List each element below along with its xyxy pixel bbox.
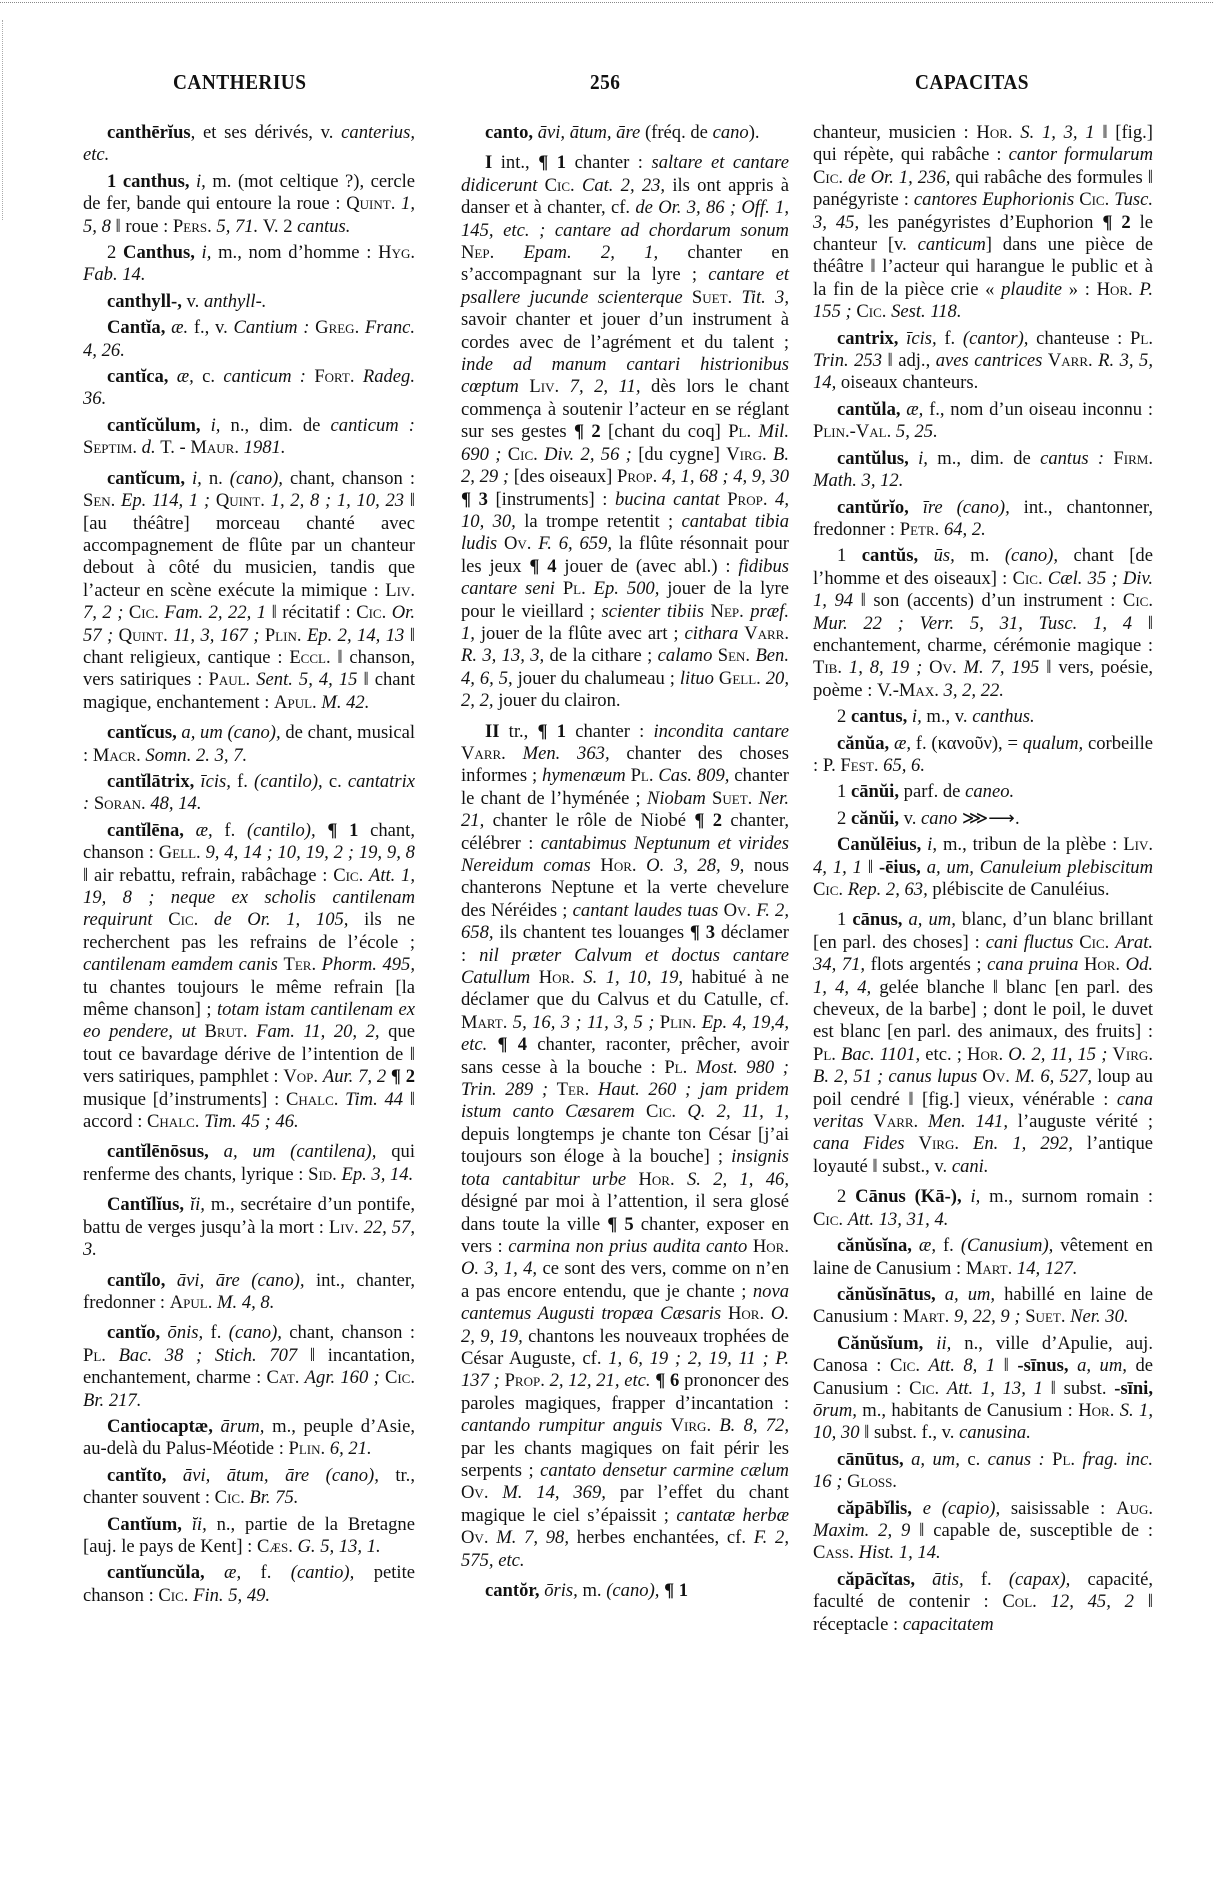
italic-text: canus : xyxy=(988,1449,1052,1470)
author-citation: Ov. xyxy=(982,1066,1015,1087)
author-citation: Pl. xyxy=(83,1345,119,1366)
text: 2 xyxy=(837,1186,855,1207)
dictionary-entry: cănŭsĭna, æ, f. (Canusium), vêtement en … xyxy=(813,1235,1153,1280)
author-citation: Hyg. xyxy=(378,242,415,263)
dictionary-entry: cantĭto, āvi, ātum, āre (cano), tr., cha… xyxy=(83,1465,415,1510)
italic-text: cithara xyxy=(685,623,745,644)
italic-text: M. 42. xyxy=(321,692,369,713)
italic-text: 11, 3, 167 ; xyxy=(173,625,265,646)
text: ‖ roue : xyxy=(116,216,173,237)
author-citation: Cic. xyxy=(856,301,891,322)
text: chanter le rôle de Niobé xyxy=(493,810,695,831)
italic-text: Fam. 11, 20, 2, xyxy=(256,1021,388,1042)
dictionary-entry: cantĭcŭlum, i, n., dim. de canticum : Se… xyxy=(83,415,415,460)
italic-text: capacitatem xyxy=(903,1614,994,1635)
text: m., tribun de la plèbe : xyxy=(943,834,1123,855)
italic-text: de Or. 1, 236, xyxy=(848,167,955,188)
italic-text: M. 14, 369, xyxy=(502,1482,619,1503)
dictionary-entry: 1 canthus, i, m. (mot celtique ?), cercl… xyxy=(83,171,415,238)
italic-text: 12, 45, 2 xyxy=(1051,1591,1148,1612)
dictionary-entry: 2 Cānus (Kā-), i, m., surnom romain : Ci… xyxy=(813,1186,1153,1231)
text: f. xyxy=(943,1235,961,1256)
text: ‖ subst. xyxy=(1051,1378,1115,1399)
italic-text: a, um, xyxy=(909,909,962,930)
dictionary-entry: 2 cănŭi, v. cano ⋙⟶. xyxy=(813,808,1153,830)
author-citation: Cic. xyxy=(168,909,214,930)
text: ‖ air rebattu, refrain, rabâchage : xyxy=(83,865,333,886)
column-left: canthērĭus, et ses dérivés, v. canterius… xyxy=(83,122,415,1611)
author-citation: Pl. xyxy=(563,578,594,599)
italic-text: 4, 1, 1 xyxy=(813,857,868,878)
section-marker: ¶ 5 xyxy=(607,1214,641,1235)
text: ). xyxy=(749,122,760,143)
section-marker: ¶ 6 xyxy=(655,1370,684,1391)
dictionary-entry: cănŭsĭnātus, a, um, habillé en laine de … xyxy=(813,1284,1153,1329)
text: V. 2 xyxy=(263,216,297,237)
text: jouer de la flûte avec art ; xyxy=(481,623,685,644)
headword: cantĭcus, xyxy=(107,722,181,743)
dictionary-entry: cantŭlus, i, m., dim. de cantus : Firm. … xyxy=(813,448,1153,493)
section-marker: II xyxy=(485,721,509,742)
text: f. (κανοῦν), = xyxy=(916,733,1023,754)
section-marker: ¶ 2 xyxy=(694,810,730,831)
italic-text: Cas. 809, xyxy=(658,765,734,786)
text: v. xyxy=(187,291,204,312)
italic-text: Cat. 2, 23, xyxy=(582,175,672,196)
section-marker: ¶ 4 xyxy=(529,556,564,577)
italic-text: canticum : xyxy=(331,415,415,436)
section-marker: ¶ 3 xyxy=(690,922,721,943)
dictionary-entry: cantĭo, ōnis, f. (cano), chant, chanson … xyxy=(83,1322,415,1412)
author-citation: Sid. xyxy=(308,1164,341,1185)
text: chanteuse : xyxy=(1036,328,1130,349)
text: ‖ xyxy=(1004,1355,1018,1376)
text: f., v. xyxy=(194,317,234,338)
text: ‖ adj., xyxy=(888,350,936,371)
text: tr., xyxy=(509,721,538,742)
italic-text: O. 2, 11, 15 ; xyxy=(1008,1044,1112,1065)
author-citation: Plin. xyxy=(660,1012,702,1033)
italic-text: Fam. 2, 22, 1 xyxy=(164,602,271,623)
dictionary-entry: căpābĭlis, e (capio), saisissable : Aug.… xyxy=(813,1498,1153,1565)
italic-text: Ep. 500, xyxy=(594,578,668,599)
author-citation: Cic. xyxy=(813,879,848,900)
section-marker: I xyxy=(485,152,501,173)
headword: 1 canthus, xyxy=(107,171,196,192)
italic-text: 5, 16, 3 ; 11, 3, 5 ; xyxy=(513,1012,660,1033)
text: f. xyxy=(224,820,247,841)
italic-text: G. 5, 13, 1. xyxy=(298,1536,381,1557)
headword: cănŭi, xyxy=(851,808,904,829)
headword: -sīni, xyxy=(1114,1378,1153,1399)
dictionary-entry: canthērĭus, et ses dérivés, v. canterius… xyxy=(83,122,415,167)
headword: cantĭlēnōsus, xyxy=(107,1141,224,1162)
italic-text: 3, 2, 22. xyxy=(944,680,1004,701)
author-citation: Ov. xyxy=(461,1527,496,1548)
author-citation: Quint. xyxy=(346,193,401,214)
italic-text: Q. 2, 11, 1, xyxy=(687,1101,789,1122)
italic-text: cantor formularum xyxy=(1009,144,1153,165)
text: etc. ; xyxy=(925,1044,967,1065)
author-citation: Liv. xyxy=(1123,834,1153,855)
author-citation: Fort. xyxy=(314,366,363,387)
headword: cantĭca, xyxy=(107,366,177,387)
text: ils chantent tes louanges xyxy=(499,922,690,943)
italic-text: cantores Euphorionis xyxy=(914,189,1079,210)
italic-text: plaudite xyxy=(1001,279,1062,300)
italic-text: Men. 363, xyxy=(523,743,627,764)
italic-text: (Canusium), xyxy=(961,1235,1060,1256)
italic-text: lituo xyxy=(680,668,719,689)
italic-text: (capax), xyxy=(1009,1569,1088,1590)
italic-text: Bac. 38 ; Stich. 707 xyxy=(119,1345,310,1366)
author-citation: Pl. xyxy=(1130,328,1153,349)
dictionary-entry: Cantĭum, ĭi, n., partie de la Bretagne [… xyxy=(83,1514,415,1559)
author-citation: Cic. xyxy=(813,1209,848,1230)
text: m., dim. de xyxy=(937,448,1040,469)
italic-text: æ, xyxy=(177,366,202,387)
italic-text: cantatæ herbæ xyxy=(676,1505,789,1526)
italic-text: Div. 2, 56 ; xyxy=(544,444,638,465)
italic-text: cana pruina xyxy=(987,954,1084,975)
author-citation: Virg. xyxy=(1113,1044,1153,1065)
headword: cānŭi, xyxy=(851,781,904,802)
dictionary-entry: Cantĭlĭus, ĭi, m., secrétaire d’un ponti… xyxy=(83,1194,415,1261)
italic-text: 1, 2, 8 ; 1, 10, 23 xyxy=(271,490,410,511)
italic-text: ātis, xyxy=(932,1569,981,1590)
text: f. xyxy=(237,771,254,792)
author-citation: Pl. xyxy=(664,1057,696,1078)
text: T. - xyxy=(160,437,190,458)
dictionary-entry: cantĭcus, a, um (cano), de chant, musica… xyxy=(83,722,415,767)
italic-text: En. 1, 292, xyxy=(973,1133,1087,1154)
author-citation: Sen. xyxy=(83,490,121,511)
author-citation: Virg. xyxy=(919,1133,974,1154)
italic-text: i, xyxy=(927,834,943,855)
text: ⋙⟶. xyxy=(962,808,1020,829)
italic-text: Somn. 2. 3, 7. xyxy=(145,745,247,766)
text: , et ses dérivés, v. xyxy=(191,122,341,143)
headword: cantĭcŭlum, xyxy=(107,415,211,436)
headword: cantŭla, xyxy=(837,399,906,420)
headword: cantĭlēna, xyxy=(107,820,196,841)
italic-text: 9, 22, 9 ; xyxy=(954,1306,1025,1327)
dictionary-entry: 1 cānŭi, parf. de caneo. xyxy=(813,781,1153,803)
italic-text: cantilenam eamdem canis xyxy=(83,954,283,975)
text: chanteur, musicien : xyxy=(813,122,976,143)
italic-text: Cantium : xyxy=(233,317,315,338)
author-citation: Virg. xyxy=(726,444,773,465)
author-citation: Cic. xyxy=(1079,189,1114,210)
italic-text: B. 8, 72, xyxy=(719,1415,789,1436)
author-citation: Soran. xyxy=(94,793,150,814)
italic-text: hymenæum xyxy=(542,765,631,786)
text: f. xyxy=(261,1562,291,1583)
author-citation: Mart. xyxy=(903,1306,954,1327)
italic-text: i, xyxy=(918,448,937,469)
author-citation: Pl. xyxy=(1052,1449,1082,1470)
text: f. xyxy=(981,1569,1009,1590)
italic-text: cantato densetur carmine cælum xyxy=(540,1460,789,1481)
author-citation: Nep. xyxy=(711,601,751,622)
text: herbes enchantées, cf. xyxy=(577,1527,754,1548)
italic-text: 1981. xyxy=(244,437,286,458)
italic-text: cano xyxy=(921,808,962,829)
italic-text: R. 3, 13, 3, xyxy=(461,645,550,666)
italic-text: Hist. 1, 14. xyxy=(859,1542,941,1563)
author-citation: Virg. xyxy=(671,1415,720,1436)
italic-text: Br. 217. xyxy=(83,1390,141,1411)
author-citation: Cic. xyxy=(1123,590,1153,611)
text: 1 xyxy=(837,909,852,930)
author-citation: Septim. xyxy=(83,437,142,458)
italic-text: d. xyxy=(142,437,161,458)
text: m., nom d’homme : xyxy=(218,242,378,263)
text: [des oiseaux] xyxy=(514,466,617,487)
text: 1 xyxy=(837,781,851,802)
author-citation: Nep. xyxy=(461,242,524,263)
section-marker: ¶ 3 xyxy=(461,489,495,510)
italic-text: scienter tibiis xyxy=(602,601,711,622)
italic-text: 65, 6. xyxy=(883,755,925,776)
author-citation: Hor. xyxy=(600,855,646,876)
author-citation: Cat. xyxy=(266,1367,304,1388)
italic-text: bucina cantat xyxy=(615,489,727,510)
author-citation: Cic. xyxy=(385,1367,415,1388)
scan-left-border xyxy=(2,20,4,220)
author-citation: Mart. xyxy=(966,1258,1017,1279)
author-citation: Cic. xyxy=(129,602,165,623)
author-citation: Gell. xyxy=(159,842,206,863)
author-citation: Cic. xyxy=(333,865,369,886)
dictionary-entry: I int., ¶ 1 chanter : saltare et cantare… xyxy=(461,152,789,712)
section-marker: ¶ 1 xyxy=(327,820,370,841)
italic-text: cantant laudes tuas xyxy=(573,900,724,921)
headword: -ēius, xyxy=(879,857,927,878)
italic-text: caneo. xyxy=(965,781,1014,802)
text: oiseaux chanteurs. xyxy=(841,372,978,393)
headword: cantĭlātrix, xyxy=(107,771,200,792)
italic-text: īcis, xyxy=(200,771,237,792)
italic-text: 64, 2. xyxy=(944,519,986,540)
italic-text: Sent. 5, 4, 15 xyxy=(256,669,363,690)
dictionary-entry: 1 cantŭs, ūs, m. (cano), chant [de l’hom… xyxy=(813,545,1153,702)
headword: cantĭlo, xyxy=(107,1270,177,1291)
italic-text: i, xyxy=(192,468,209,489)
text: jouer du chalumeau ; xyxy=(518,668,680,689)
italic-text: (cano), xyxy=(606,1580,664,1601)
headword: -sīnus, xyxy=(1017,1355,1077,1376)
author-citation: Greg. xyxy=(315,317,365,338)
author-citation: Cic. xyxy=(646,1101,687,1122)
italic-text: Ner. 30. xyxy=(1070,1306,1128,1327)
italic-text: Niobam xyxy=(647,788,712,809)
italic-text: Att. 1, 13, 1 xyxy=(947,1378,1051,1399)
text: [du cygne] xyxy=(638,444,726,465)
headword: Canŭlēius, xyxy=(837,834,927,855)
italic-text: incondita cantare xyxy=(653,721,789,742)
italic-text: canthus. xyxy=(972,706,1035,727)
text: l’auguste vérité ; xyxy=(1018,1111,1153,1132)
italic-text: 5, 25. xyxy=(896,421,938,442)
italic-text: Tim. 45 ; 46. xyxy=(204,1111,299,1132)
italic-text: cantando rumpitur anguis xyxy=(461,1415,671,1436)
author-citation: Suet. xyxy=(692,287,742,308)
author-citation: Gell. xyxy=(719,668,766,689)
italic-text: Men. 141, xyxy=(928,1111,1018,1132)
headword: cănŭsĭna, xyxy=(837,1235,919,1256)
text: n. xyxy=(209,468,230,489)
dictionary-entry: canthyll-, v. anthyll-. xyxy=(83,291,415,313)
italic-text: i, xyxy=(211,415,231,436)
section-marker: ¶ 4 xyxy=(498,1034,538,1055)
author-citation: Hor. xyxy=(638,1169,686,1190)
author-citation: Hor. xyxy=(1084,954,1126,975)
author-citation: Plin. xyxy=(265,625,307,646)
italic-text: ĭi, xyxy=(190,1194,211,1215)
text: parf. de xyxy=(904,781,965,802)
italic-text: ōnis, xyxy=(168,1322,211,1343)
headword: cănŭa, xyxy=(837,733,894,754)
headword: Cănŭsĭum, xyxy=(837,1333,936,1354)
author-citation: Cic. xyxy=(890,1355,929,1376)
headword: Cānus (Kā-), xyxy=(855,1186,970,1207)
italic-text: canusina. xyxy=(959,1422,1031,1443)
italic-text: F. 6, 659, xyxy=(538,533,619,554)
text: m. xyxy=(582,1580,606,1601)
dictionary-entry: cantĭca, æ, c. canticum : Fort. Radeg. 3… xyxy=(83,366,415,411)
italic-text: ĭi, xyxy=(192,1514,217,1535)
author-citation: Ov. xyxy=(724,900,757,921)
dictionary-entry: cantĭcum, i, n. (cano), chant, chanson :… xyxy=(83,468,415,714)
italic-text: a, um, Canuleium plebiscitum xyxy=(927,857,1153,878)
italic-text: carmina non prius audita canto xyxy=(508,1236,753,1257)
text: musique [d’instruments] : xyxy=(83,1089,286,1110)
headword: cantĭuncŭla, xyxy=(107,1562,224,1583)
text: chant, chanson : xyxy=(290,468,415,489)
dictionary-entry: 2 Canthus, i, m., nom d’homme : Hyg. Fab… xyxy=(83,242,415,287)
author-citation: Cic. xyxy=(158,1585,193,1606)
author-citation: Cass. xyxy=(813,1542,859,1563)
italic-text: 4, 1, 68 ; 4, 9, 30 xyxy=(662,466,789,487)
author-citation: Cic. xyxy=(1013,568,1048,589)
author-citation: Hor. xyxy=(1097,279,1140,300)
running-header: CANTHERIUS 256 CAPACITAS xyxy=(0,70,1213,100)
dictionary-entry: cantĭlēna, æ, f. (cantilo), ¶ 1 chant, c… xyxy=(83,820,415,1134)
headword: cānus, xyxy=(852,909,908,930)
italic-text: æ, xyxy=(919,1235,943,1256)
italic-text: Ep. 2, 14, 13 xyxy=(307,625,410,646)
italic-text: Sest. 118. xyxy=(891,301,961,322)
author-citation: Prop. xyxy=(505,1370,550,1391)
italic-text: Math. 3, 12. xyxy=(813,470,903,491)
author-citation: Pl. xyxy=(728,421,758,442)
text: ‖ subst. f., v. xyxy=(864,1422,959,1443)
text: ‖ récitatif : xyxy=(272,602,357,623)
italic-text: calamo xyxy=(658,645,718,666)
text: saisissable : xyxy=(1011,1498,1116,1519)
headword: Canthus, xyxy=(123,242,202,263)
headword: canthyll-, xyxy=(107,291,187,312)
italic-text: Aur. 7, 2 xyxy=(323,1066,391,1087)
text: 1 xyxy=(837,545,862,566)
running-head-left: CANTHERIUS xyxy=(173,70,306,95)
author-citation: Suet. xyxy=(712,788,758,809)
dictionary-entry: cantĭuncŭla, æ, f. (cantio), petite chan… xyxy=(83,1562,415,1607)
italic-text: 14, 127. xyxy=(1017,1258,1077,1279)
dictionary-entry: cantŏr, ōris, m. (cano), ¶ 1 xyxy=(461,1580,789,1602)
author-citation: Hor. xyxy=(753,1236,789,1257)
dictionary-entry: Cantĭa, æ. f., v. Cantium : Greg. Franc.… xyxy=(83,317,415,362)
italic-text: S. 2, 1, 46, xyxy=(687,1169,789,1190)
author-citation: Ter. xyxy=(557,1079,598,1100)
text: f. xyxy=(211,1322,229,1343)
italic-text: (cantio), xyxy=(291,1562,374,1583)
italic-text: Tit. 3, xyxy=(741,287,789,308)
italic-text: cani. xyxy=(952,1156,989,1177)
italic-text: S. 1, 10, 19, xyxy=(583,967,691,988)
italic-text: Agr. 160 ; xyxy=(305,1367,385,1388)
author-citation: Cic. xyxy=(356,602,392,623)
author-citation: Liv. xyxy=(385,580,415,601)
author-citation: Liv. xyxy=(329,1217,364,1238)
text: [instruments] : xyxy=(495,489,614,510)
italic-text: ōrum, xyxy=(813,1400,862,1421)
italic-text: 7, 2, 11, xyxy=(570,376,651,397)
italic-text: ārum, xyxy=(221,1416,273,1437)
author-citation: Vop. xyxy=(283,1066,322,1087)
author-citation: Ov. xyxy=(504,533,538,554)
italic-text: aves cantrices xyxy=(936,350,1048,371)
headword: cantĭo, xyxy=(107,1322,168,1343)
headword: cānūtus, xyxy=(837,1449,911,1470)
italic-text: 7, 2 ; xyxy=(83,602,129,623)
italic-text: æ, xyxy=(894,733,916,754)
dictionary-entry: cānūtus, a, um, c. canus : Pl. frag. inc… xyxy=(813,1449,1153,1494)
italic-text: cantus. xyxy=(297,216,350,237)
italic-text: Bac. 1101, xyxy=(841,1044,925,1065)
italic-text: i, xyxy=(196,171,212,192)
headword: Cantĭlĭus, xyxy=(107,1194,190,1215)
headword: Cantiocaptæ, xyxy=(107,1416,221,1437)
italic-text: 6, 21. xyxy=(330,1438,372,1459)
italic-text: anthyll-. xyxy=(204,291,266,312)
author-citation: V.-Max. xyxy=(877,680,943,701)
author-citation: Plin. xyxy=(289,1438,330,1459)
italic-text: 1, 8, 19 ; xyxy=(849,657,929,678)
italic-text: a, um, xyxy=(911,1449,967,1470)
text: savoir chanter et jouer d’un instrument … xyxy=(461,309,789,352)
italic-text: i, xyxy=(202,242,219,263)
italic-text: M. 4, 8. xyxy=(217,1292,274,1313)
author-citation: Chalc. xyxy=(147,1111,204,1132)
text: ‖ capable de, susceptible de : xyxy=(919,1520,1153,1541)
italic-text: Rep. 2, 63, xyxy=(848,879,933,900)
text: la trompe retentit ; xyxy=(524,511,681,532)
italic-text: a, um (cano), xyxy=(181,722,285,743)
text: int., xyxy=(501,152,538,173)
author-citation: Maur. xyxy=(190,437,243,458)
italic-text: e (capio), xyxy=(923,1498,1011,1519)
text: » : xyxy=(1062,279,1096,300)
italic-text: (cano), xyxy=(230,468,290,489)
italic-text: M. 7, 98, xyxy=(496,1527,577,1548)
text: f. xyxy=(944,328,963,349)
author-citation: Aug. xyxy=(1116,1498,1153,1519)
author-citation: Liv. xyxy=(529,376,569,397)
author-citation: Ter. xyxy=(283,954,321,975)
dictionary-entry: chanteur, musicien : Hor. S. 1, 3, 1 ‖ [… xyxy=(813,122,1153,324)
